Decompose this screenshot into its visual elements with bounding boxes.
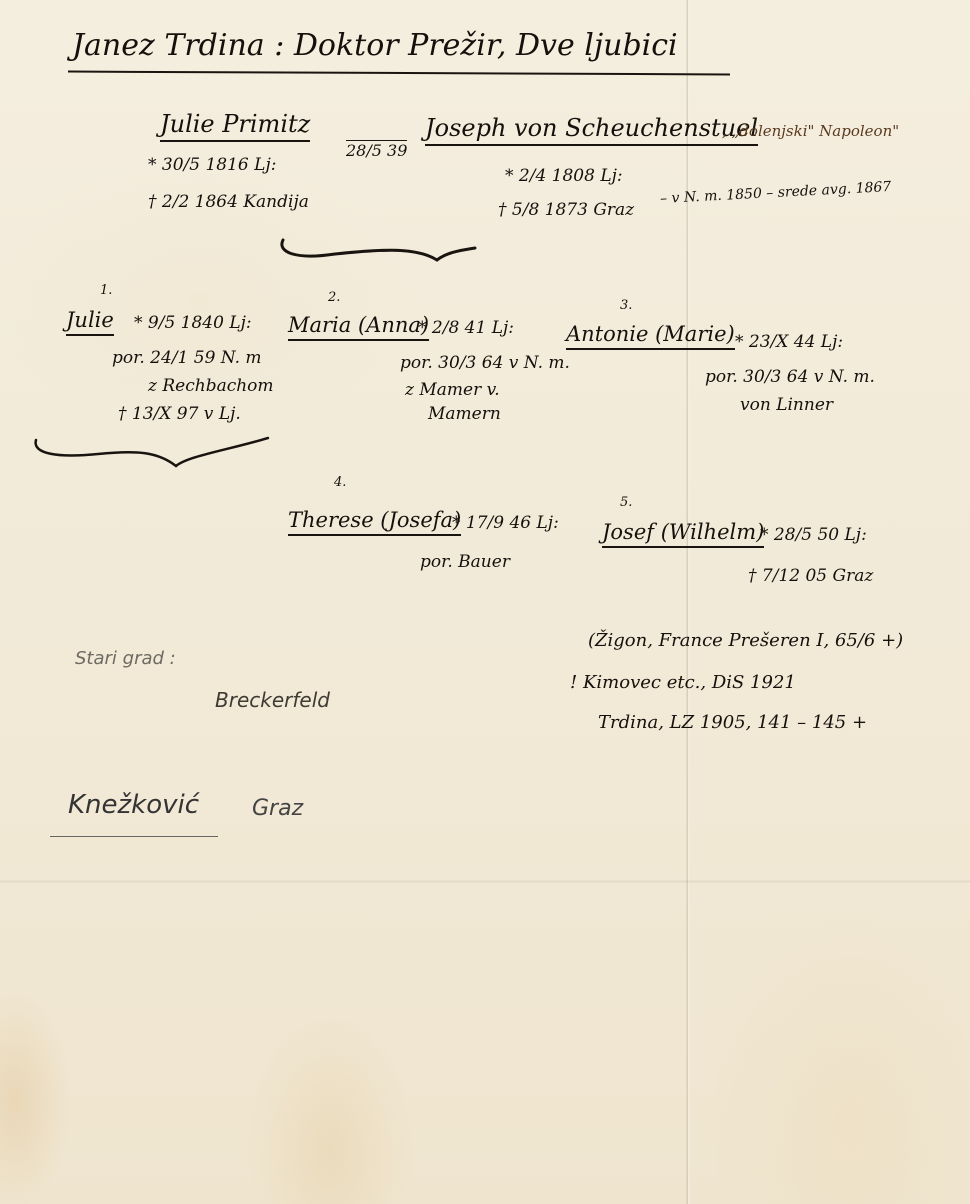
reference-1: (Žigon, France Prešeren I, 65/6 +) — [588, 630, 903, 651]
child-5-line-1: † 7/12 05 Graz — [748, 566, 873, 586]
child-3-birth: * 23/X 44 Lj: — [735, 332, 843, 352]
child-2-line-1: por. 30/3 64 v N. m. — [400, 353, 570, 373]
mother-death: † 2/2 1864 Kandija — [148, 192, 309, 212]
child-2-birth: * 2/8 41 Lj: — [418, 318, 514, 338]
child-5-number: 5. — [620, 495, 632, 510]
father-name: Joseph von Scheuchenstuel — [425, 114, 758, 146]
child-4-line-1: por. Bauer — [420, 552, 510, 572]
child-4-birth: * 17/9 46 Lj: — [452, 513, 559, 533]
child-1-brace — [28, 436, 268, 476]
document-title: Janez Trdina : Doktor Prežir, Dve ljubic… — [72, 28, 678, 63]
pencil-value: Breckerfeld — [215, 688, 330, 712]
child-2-number: 2. — [328, 290, 340, 305]
pencil-label: Stari grad : — [75, 648, 176, 669]
child-3-number: 3. — [620, 298, 632, 313]
child-2-line-3: Mamern — [428, 404, 501, 424]
paper-background — [0, 0, 970, 1204]
child-3-line-1: por. 30/3 64 v N. m. — [705, 367, 875, 387]
child-1-line-2: z Rechbachom — [148, 376, 274, 396]
child-1-number: 1. — [100, 283, 112, 298]
mother-birth: * 30/5 1816 Lj: — [148, 155, 276, 175]
child-1-birth: * 9/5 1840 Lj: — [134, 313, 252, 333]
child-4-number: 4. — [334, 475, 346, 490]
reference-3: Trdina, LZ 1905, 141 – 145 + — [598, 712, 867, 733]
pencil-signature: Knežković — [68, 790, 199, 820]
child-1-line-3: † 13/X 97 v Lj. — [118, 404, 241, 424]
father-death: † 5/8 1873 Graz — [498, 200, 634, 220]
child-5-name: Josef (Wilhelm) — [602, 520, 764, 548]
child-2-line-2: z Mamer v. — [405, 380, 500, 400]
child-5-birth: * 28/5 50 Lj: — [760, 525, 867, 545]
child-3-line-2: von Linner — [740, 395, 833, 415]
child-1-line-1: por. 24/1 59 N. m — [112, 348, 262, 368]
reference-2: ! Kimovec etc., DiS 1921 — [570, 672, 796, 693]
father-nickname: , „dolenjski" Napoleon" — [722, 122, 899, 140]
child-3-name: Antonie (Marie) — [566, 322, 735, 350]
father-birth: * 2/4 1808 Lj: — [505, 166, 623, 186]
paper-fold-horizontal — [0, 880, 970, 883]
child-2-name: Maria (Anna) — [288, 313, 429, 341]
marriage-date: 28/5 39 — [346, 140, 407, 160]
child-4-name: Therese (Josefa) — [288, 508, 461, 536]
child-1-name: Julie — [66, 308, 114, 336]
pencil-underline — [50, 836, 218, 837]
parents-brace — [275, 232, 475, 272]
mother-name: Julie Primitz — [160, 110, 310, 142]
paper-fold-vertical — [686, 0, 690, 1204]
pencil-place: Graz — [252, 796, 303, 821]
